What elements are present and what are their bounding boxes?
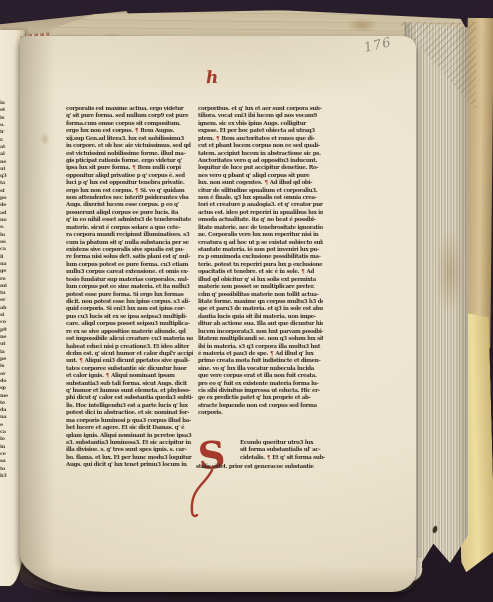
text-line: sa bbox=[0, 458, 13, 465]
pilcrow-mark: ¶ bbox=[134, 188, 138, 194]
text-line: illa divisioe. s. q' tres sunt spes igni… bbox=[66, 447, 193, 454]
text-line: os bbox=[0, 239, 13, 246]
text-line: ab bbox=[0, 305, 13, 312]
text-line: cut et pbant lucem corpus non ee sed qua… bbox=[198, 143, 323, 150]
text-line: or bbox=[0, 371, 13, 378]
text-line: ce bbox=[0, 451, 13, 458]
text-line: materie non posset se multiplicare prete… bbox=[198, 284, 323, 291]
text-line: citur de silitudine spualium et corporal… bbox=[198, 188, 323, 195]
text-line: materie. sicut é corpus solare a quo cet… bbox=[66, 225, 193, 232]
gutter-shadow bbox=[20, 36, 54, 592]
text-line: loquitur de luce put accipitur denetiue.… bbox=[198, 165, 323, 172]
text-line: cdm q' possibilitas materie non tollit a… bbox=[198, 292, 323, 299]
text-line: o. bbox=[0, 122, 13, 129]
text-line: si bbox=[0, 312, 13, 319]
text-line: ut bbox=[0, 341, 13, 348]
text-line: ir bbox=[0, 129, 13, 136]
text-line: Augs. dixerint lucem esse corpus. p eo q… bbox=[66, 202, 193, 209]
text-line: te bbox=[0, 400, 13, 407]
text-line: e bbox=[0, 422, 13, 429]
page-bottom-shade bbox=[20, 566, 416, 592]
text-line: phi dicut q' calor est substantia queda3… bbox=[66, 395, 193, 402]
text-line: lo bbox=[0, 436, 13, 443]
left-text-column: corporalis est maxime actiua. ergo videt… bbox=[66, 106, 193, 472]
text-line: st bbox=[0, 188, 13, 195]
text-line: stalis videt. prior est generacoe substa… bbox=[196, 464, 420, 471]
secundo-section: S Ecundo queritur utru3 luxsit forma sub… bbox=[196, 438, 420, 522]
text-line: non attendentes nec interi9 psiderantes … bbox=[66, 195, 193, 202]
pilcrow-mark: ¶ bbox=[266, 455, 270, 461]
text-line: Augs. qui dicit q' lux tenet primu3 locu… bbox=[66, 462, 193, 469]
text-line: litatem multiplicandi se. non q3 solum l… bbox=[198, 336, 323, 343]
text-line: lum corpus potest ee pure forma. cu3 eti… bbox=[66, 262, 193, 269]
text-line: xij.sup Gen.ad litera3. lux est nobiliss… bbox=[66, 136, 193, 143]
text-line: ergo lux non est corpus. ¶ Item Augus. bbox=[66, 128, 193, 135]
text-line: lux. non sunt cogentes. ¶ Ad illud qd ob… bbox=[198, 180, 323, 187]
text-line: ra corpora mundi recipiunt illuminatioes… bbox=[66, 232, 193, 239]
text-line: é materia et pau3 de spe. ¶ Ad illud q' … bbox=[198, 351, 323, 358]
text-line: luci p q' lux est opponitur tenebra priv… bbox=[66, 180, 193, 187]
text-line: corporis. bbox=[198, 410, 323, 417]
text-line: in bbox=[0, 444, 13, 451]
right-text-column: corporibus. et q' lux et aer sunt corpor… bbox=[198, 106, 323, 420]
text-line: quid corporis. Si eni3 lux non est ipius… bbox=[66, 306, 193, 313]
pilcrow-mark: ¶ bbox=[105, 373, 109, 379]
text-line: ne bbox=[0, 334, 13, 341]
text-line: corporalis est maxime actiua. ergo videt… bbox=[66, 106, 193, 113]
text-line: qdam ignis. Aliqui nominant in pcretoe i… bbox=[66, 433, 193, 440]
text-line: ne. Corporalis vero lux non reperitur ni… bbox=[198, 232, 323, 239]
text-line: dantia lucis quia sit ibi materia. non i… bbox=[198, 314, 323, 321]
section-full-line: stalis videt. prior est generacoe substa… bbox=[196, 464, 420, 471]
photograph-of-open-book: iaetiso.irr.atalneuiq3tastpodeadnoe.luos… bbox=[0, 0, 493, 602]
text-line: est victuissimi nobilissime forme. illud… bbox=[66, 151, 193, 158]
text-line: ge bbox=[0, 268, 13, 275]
text-line: et calor ignis. ¶ Aliqui nominant ipsam bbox=[66, 373, 193, 380]
headline-letter: h bbox=[206, 68, 219, 88]
text-line: no bbox=[0, 217, 13, 224]
text-line: p9 bbox=[0, 327, 13, 334]
text-line: nullu3 corpus careat extensione. et omis… bbox=[66, 269, 193, 276]
text-line: pus cu3 lucis sit ex se ipsa seipsa3 mul… bbox=[66, 314, 193, 321]
pilcrow-mark: ¶ bbox=[270, 351, 274, 357]
text-line: Ecundo queritur utru3 lux bbox=[240, 440, 420, 447]
text-line: spe et paru3 de materia. et q3 in sole e… bbox=[198, 306, 323, 313]
pilcrow-mark: ¶ bbox=[216, 136, 220, 142]
text-line: litate forme. maxime qn corpus multu3 h3… bbox=[198, 299, 323, 306]
text-line: q' humor et humus sunt elemeta. et phylo… bbox=[66, 388, 193, 395]
text-line: tates corporee substantie sic dicuntur h… bbox=[66, 366, 193, 373]
text-line: illud qd obicitur q' si lux solis ext pe… bbox=[198, 277, 323, 284]
text-line: est impossibile alicui creature cu3 mate… bbox=[66, 336, 193, 343]
text-line: tesio fundatur sup materias corporales. … bbox=[66, 277, 193, 284]
text-line: care. aliqd corpus posset seipsu3 multip… bbox=[66, 321, 193, 328]
text-line: posuerunt aliqd corpus ee pure lucis. it… bbox=[66, 210, 193, 217]
text-line: sine. vo q' lux illa vocatur nubecula lu… bbox=[198, 366, 323, 373]
text-line: ditur ab actione sua. Illa aut que dicun… bbox=[198, 321, 323, 328]
text-line: cum ia pbatum sit q' nulla substancia pe… bbox=[66, 240, 193, 247]
pilcrow-mark: ¶ bbox=[132, 165, 136, 171]
text-line: existens sive corporalis sive spualis es… bbox=[66, 247, 193, 254]
text-line: tori et creature p analogia3. et q' crea… bbox=[198, 202, 323, 209]
text-line: q' in eo nihil esset admixtu3 de tenebro… bbox=[66, 217, 193, 224]
text-line: pe bbox=[0, 356, 13, 363]
text-line: is bbox=[0, 115, 13, 122]
text-line: opponitur aliqd privatioe p q' corpus é.… bbox=[66, 173, 193, 180]
text-line: potest esse pure forma. Si ergo lux form… bbox=[66, 292, 193, 299]
text-line: re forma nisi solus de9. satis plani est… bbox=[66, 254, 193, 261]
text-line: in corpore. et ob hoc aie victuissimus. … bbox=[66, 143, 193, 150]
text-line: e. bbox=[0, 224, 13, 231]
text-line: s3. substantia3 luminosa3. Et sic accipi… bbox=[66, 440, 193, 447]
text-line: tatem. accipiut lucem in abstractione si… bbox=[198, 151, 323, 158]
text-line: cidetalis. ¶ Et q' sit forma sub- bbox=[240, 455, 420, 462]
text-line: litate materie. nec de tenebrositate ign… bbox=[198, 225, 323, 232]
text-line: lum corpus pot ee sine materia. et ita n… bbox=[66, 284, 193, 291]
text-line: to bbox=[0, 466, 13, 473]
text-line: po bbox=[0, 195, 13, 202]
text-line: lucem incorporata3. non hnt parvam possi… bbox=[198, 329, 323, 336]
text-line: ptem. ¶ Item auctoritates et rones que d… bbox=[198, 136, 323, 143]
text-line: ipsa lux sit pure forma. ¶ Item nulli co… bbox=[66, 165, 193, 172]
text-line: li bbox=[0, 254, 13, 261]
text-line: ui bbox=[0, 166, 13, 173]
text-line: ca bbox=[0, 246, 13, 253]
text-line: at bbox=[0, 144, 13, 151]
text-line: ta bbox=[0, 180, 13, 187]
text-line: cis sibi divinitus impressa ut educta. H… bbox=[198, 388, 323, 395]
text-line: mi bbox=[0, 283, 13, 290]
text-line: substantia3 sub tali forma. sicut Augs. … bbox=[66, 381, 193, 388]
text-line: ra p omnimoda exclusione possibilitatis … bbox=[198, 254, 323, 261]
text-line: ibi in materia. s3 q3 corpora illa multu… bbox=[198, 344, 323, 351]
text-line: pro eo q' fuit ex existente materia form… bbox=[198, 381, 323, 388]
text-line: er bbox=[0, 297, 13, 304]
text-line: expsse. Et per hoc patet obiecta ad utra… bbox=[198, 128, 323, 135]
text-line: bo. flama. et lux. Et per hunc modu3 loq… bbox=[66, 455, 193, 462]
text-line: opacitatis et tenebre. et sic é in sole.… bbox=[198, 269, 323, 276]
text-line: na bbox=[0, 261, 13, 268]
text-line: q' sit pure forma. sed nullum corp9 est … bbox=[66, 113, 193, 120]
text-line: dcdm est. q' sicut humor et calor dupl'r… bbox=[66, 351, 193, 358]
text-line: habeat educi nisi p creatione3. Et ideo … bbox=[66, 344, 193, 351]
text-line: dicit. non potest esse lux ipius corpus.… bbox=[66, 299, 193, 306]
text-line: do bbox=[0, 378, 13, 385]
text-line: potest dici in abstractioe. et sic nomin… bbox=[66, 410, 193, 417]
text-line: ia bbox=[0, 100, 13, 107]
text-line: is bbox=[0, 363, 13, 370]
text-line: que vere corpus erat et illa non fuit cr… bbox=[198, 373, 323, 380]
text-line: tu bbox=[0, 290, 13, 297]
text-line: forma.cum omne corpus sit compositum. bbox=[66, 121, 193, 128]
text-line: stracte loquendo non est corpus sed form… bbox=[198, 403, 323, 410]
text-line: me bbox=[0, 393, 13, 400]
initial-flourish-icon bbox=[184, 468, 218, 520]
text-line: ergo lux non est corpus. ¶ Si. vo q' qui… bbox=[66, 188, 193, 195]
text-line: Auctoritates vero q ad oppositu3 inducun… bbox=[198, 158, 323, 165]
section-lines: Ecundo queritur utru3 luxsit forma subst… bbox=[240, 440, 420, 462]
text-line: co bbox=[0, 319, 13, 326]
folio-number: 176 bbox=[363, 35, 393, 56]
text-line: go ex predictis patet q' lux proprie et … bbox=[198, 395, 323, 402]
text-line: lu bbox=[0, 232, 13, 239]
book-page: h 176 corporalis est maxime actiua. ergo… bbox=[20, 36, 416, 592]
text-line: corporibus. et q' lux et aer sunt corpor… bbox=[198, 106, 323, 113]
text-line: de bbox=[0, 202, 13, 209]
text-line: tiliora. vocat eni3 ibi lucem qd nos voc… bbox=[198, 113, 323, 120]
text-line: ne bbox=[0, 159, 13, 166]
text-line: omoda actualitate. ita q' no heat é poss… bbox=[198, 217, 323, 224]
text-line: unt. ¶ Aliqui eni3 dicunt ppetates sive … bbox=[66, 358, 193, 365]
pilcrow-mark: ¶ bbox=[79, 358, 83, 364]
pilcrow-mark: ¶ bbox=[264, 180, 268, 186]
text-line: q3 bbox=[0, 173, 13, 180]
pilcrow-mark: ¶ bbox=[301, 269, 305, 275]
text-line: lis. Hoc intelligendu3 est a parte lucis… bbox=[66, 403, 193, 410]
text-line: nes vero q pbant q' aliqd corpus sit pur… bbox=[198, 173, 323, 180]
text-line: r. bbox=[0, 137, 13, 144]
text-line: creatura q ad hoc ut p se existat subiec… bbox=[198, 240, 323, 247]
text-line: et bbox=[0, 107, 13, 114]
text-line: ad bbox=[0, 210, 13, 217]
text-line: non é finale. q3 lux spualis est omnia c… bbox=[198, 195, 323, 202]
text-line: sp bbox=[0, 385, 13, 392]
text-line: ia bbox=[0, 349, 13, 356]
text-line: ignem. sic ex vbis ipius Augs. colligitu… bbox=[198, 121, 323, 128]
text-line: sit forma substantialis ul' ac- bbox=[240, 447, 420, 454]
text-line: al bbox=[0, 151, 13, 158]
pilcrow-mark: ¶ bbox=[134, 128, 138, 134]
text-line: b3 bbox=[0, 473, 13, 480]
text-line: bet lucere et agere. Et sic dicit Damas.… bbox=[66, 425, 193, 432]
text-line: stantate materia. ió non pot inveniri lu… bbox=[198, 247, 323, 254]
text-line: na bbox=[0, 414, 13, 421]
text-line: re ex se sive appositioe materie aliunde… bbox=[66, 329, 193, 336]
text-line: ca bbox=[0, 429, 13, 436]
text-line: primo creata mota fuit indistincte et di… bbox=[198, 358, 323, 365]
paper-stain bbox=[40, 132, 50, 146]
text-line: ro bbox=[0, 276, 13, 283]
verso-text-fragments: iaetiso.irr.atalneuiq3tastpodeadnoe.luos… bbox=[0, 100, 13, 484]
text-line: gis pticipat rationis forme. ergo videtu… bbox=[66, 158, 193, 165]
text-line: da bbox=[0, 407, 13, 414]
